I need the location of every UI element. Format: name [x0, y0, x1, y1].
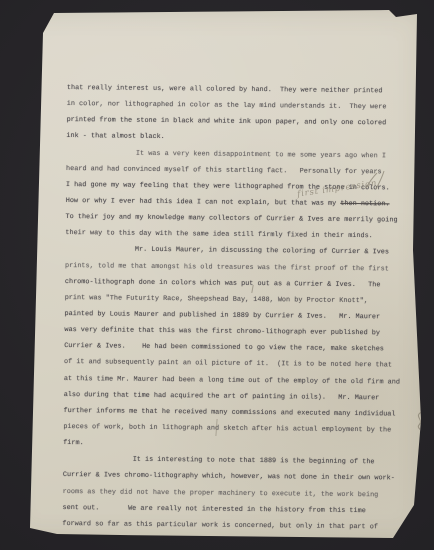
typewritten-line: was very definite that this was the firs… — [64, 322, 412, 342]
pencil-margin-squiggle — [412, 399, 430, 433]
pencil-tick-mark — [251, 285, 254, 293]
typewritten-line: sent out. We are really not interested i… — [62, 500, 410, 520]
typewritten-line: at this time Mr. Maurer had been a long … — [64, 371, 412, 391]
pencil-insertion-mark — [215, 419, 217, 436]
typewritten-text: that really interest us, were all colore… — [62, 80, 415, 536]
typewritten-line: painted by Louis Maurer and published in… — [64, 306, 412, 326]
typewritten-line: Mr. Louis Maurer, in discussing the colo… — [65, 241, 413, 261]
typewritten-line: that really interest us, were all colore… — [67, 80, 415, 100]
typewritten-line: printed from the stone in black and whit… — [66, 112, 414, 132]
typewritten-line: chromo-lithograph done in colors which w… — [65, 274, 413, 294]
typewritten-line: their way to this day with the same idea… — [65, 225, 413, 245]
typewritten-line: heard and had convinced myself of this s… — [66, 161, 414, 181]
typewritten-line: pieces of work, both in lithograph and s… — [63, 419, 411, 439]
typewritten-line: rooms as they did not have the proper ma… — [63, 483, 411, 503]
typewritten-line: of it and subsequently paint an oil pict… — [64, 354, 412, 374]
typewritten-line: in color, nor lithographed in color as t… — [67, 96, 415, 116]
typewritten-line: Currier & Ives. He had been commissioned… — [64, 338, 412, 358]
paper-sheet: that really interest us, were all colore… — [0, 0, 434, 550]
typewritten-line: To their joy and my knowledge many colle… — [65, 209, 413, 229]
typewritten-line: How or why I ever had this idea I can no… — [66, 193, 414, 213]
typewritten-line: Currier & Ives chromo-lithography which,… — [63, 467, 411, 487]
pencil-flourish-mark — [360, 168, 390, 192]
typewritten-line: firm. — [63, 435, 411, 455]
typewritten-line: It is interesting to note that 1889 is t… — [63, 451, 411, 471]
typewritten-line: ink - that almost black. — [66, 128, 414, 148]
typewritten-line: forward so far as this particular work i… — [62, 516, 410, 536]
typewritten-line: prints, told me that amongst his old tre… — [65, 258, 413, 278]
typewritten-line: I had gone my way feeling that they were… — [66, 177, 414, 197]
struck-text: then notion. — [340, 200, 389, 209]
typewritten-line: also during that time had acquired the a… — [64, 387, 412, 407]
typewritten-line: print was "The Futurity Race, Sheepshead… — [65, 290, 413, 310]
typewritten-line: It was a very keen disappointment to me … — [66, 145, 414, 165]
handwritten-annotation-first-impression: first impression — [297, 178, 378, 199]
typewritten-line: further informs me that he received many… — [63, 403, 411, 423]
photograph-of-document: that really interest us, were all colore… — [0, 0, 434, 550]
